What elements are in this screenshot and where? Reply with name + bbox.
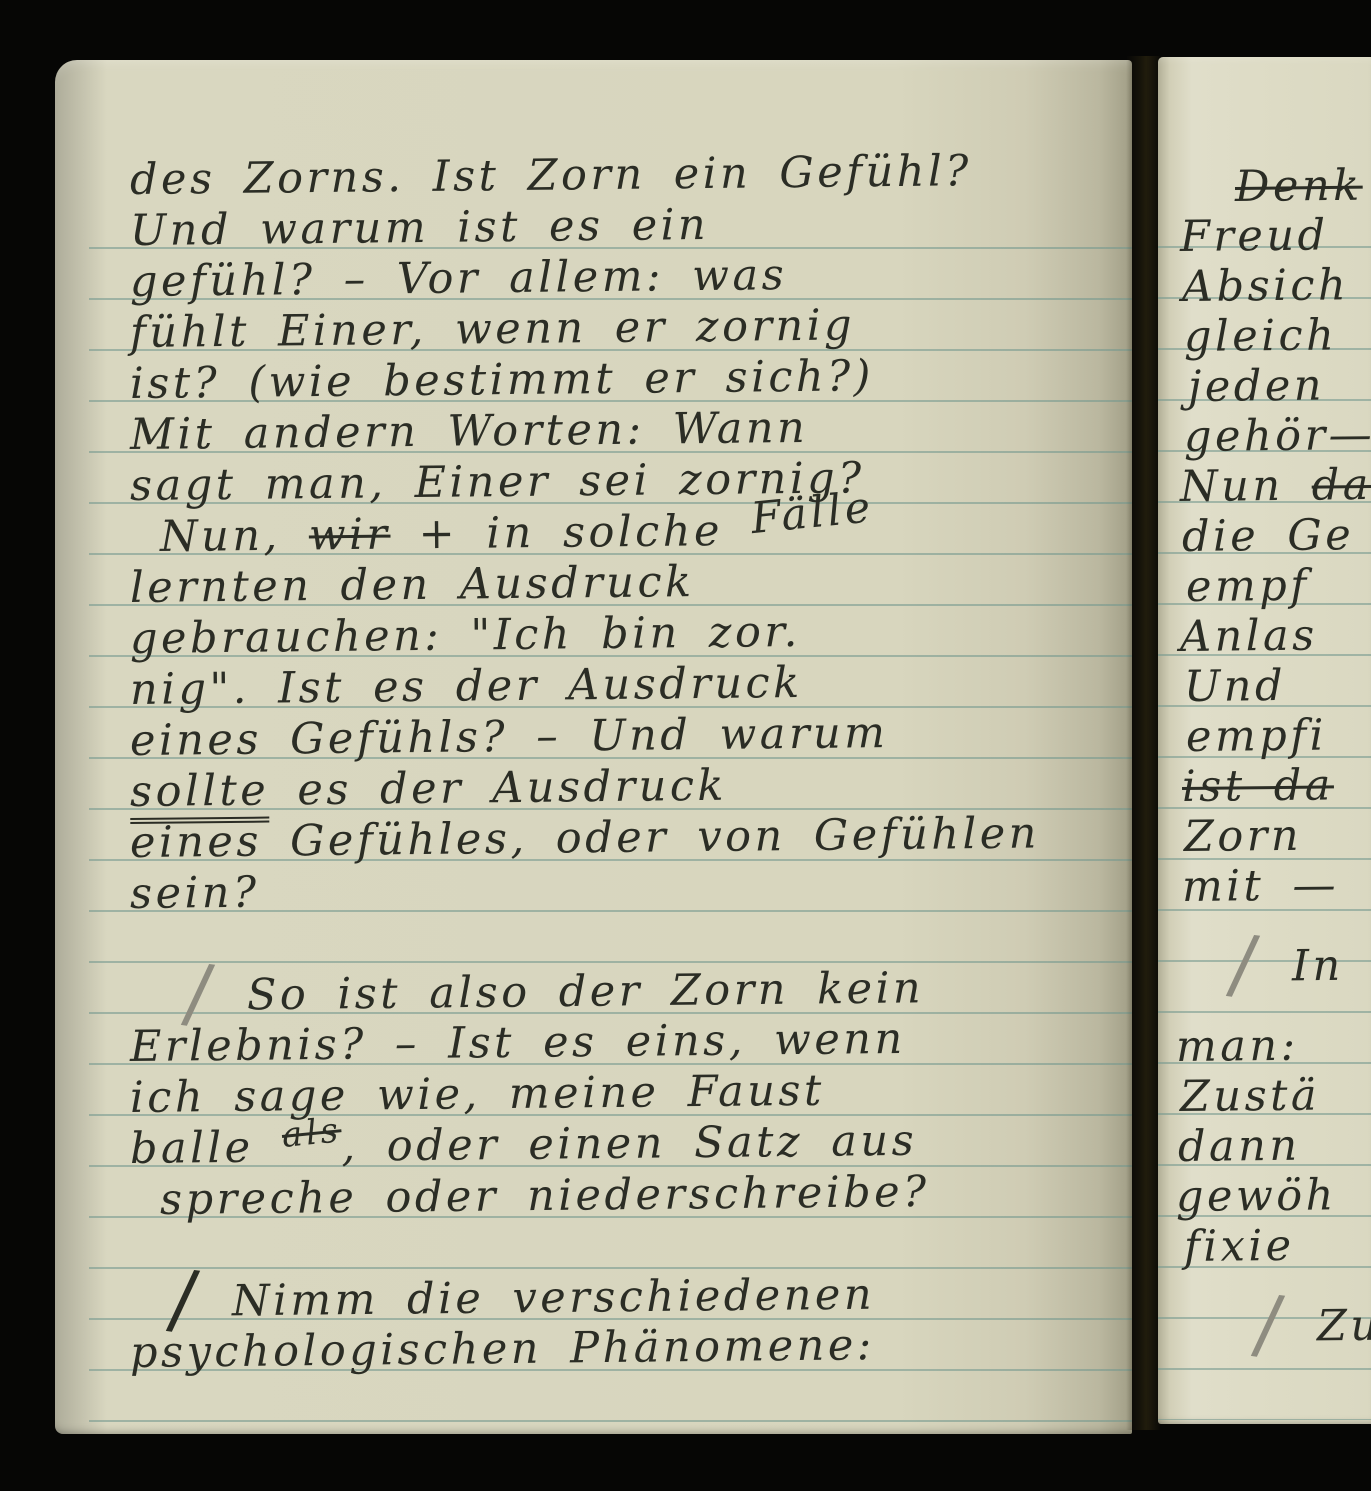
- handwritten-line: ich sage wie, meine Faust: [130, 1066, 825, 1123]
- handwritten-line: gehör—: [1184, 410, 1371, 462]
- handwriting-text: ist? (wie bestimmt er sich?): [130, 351, 874, 409]
- handwritten-line: lernten den Ausdruck: [130, 557, 695, 613]
- handwritten-line: / Zu d: [1255, 1300, 1371, 1352]
- handwriting-text: In: [1264, 941, 1344, 992]
- struck-out-word: Denk: [1235, 161, 1363, 212]
- handwriting-text: gewöh: [1176, 1170, 1337, 1222]
- handwritten-line: Nun, wir + in solche Fälle: [160, 505, 875, 562]
- handwritten-line: gefühl? – Vor allem: was: [130, 250, 788, 307]
- handwriting-text: eines Gefühls? – Und warum: [130, 708, 889, 766]
- handwritten-line: / In: [1230, 941, 1344, 992]
- struck-out-word: ist da: [1182, 760, 1334, 812]
- handwriting-text: spreche oder niederschreibe?: [160, 1167, 930, 1225]
- handwritten-line: Und warum ist es ein: [130, 200, 710, 256]
- handwritten-line: Zorn: [1184, 811, 1303, 862]
- handwriting-text: , oder einen Satz aus: [341, 1116, 917, 1172]
- handwriting-text: balle: [130, 1122, 282, 1174]
- handwritten-line: / So ist also der Zorn kein: [185, 963, 925, 1021]
- handwriting-text: Freud: [1180, 210, 1329, 262]
- handwriting-text: Zorn: [1184, 811, 1303, 862]
- handwriting-text: Und warum ist es ein: [130, 200, 710, 256]
- handwritten-line: Nun da: [1180, 460, 1371, 512]
- section-slash-mark: /: [170, 1298, 200, 1302]
- handwriting-text: es der Ausdruck: [269, 761, 727, 816]
- struck-out-word: da: [1311, 460, 1371, 511]
- handwriting-text: gefühl? – Vor allem: was: [130, 250, 788, 307]
- handwriting-text: des Zorns. Ist Zorn ein Gefühl?: [130, 146, 972, 205]
- handwriting-text: Anlas: [1180, 611, 1318, 662]
- handwritten-line: Erlebnis? – Ist es eins, wenn: [130, 1014, 906, 1072]
- scan-background: des Zorns. Ist Zorn ein Gefühl?Und warum…: [0, 0, 1371, 1491]
- handwritten-line: ist da: [1182, 760, 1334, 812]
- right-notebook-page: DenkFreudAbsichgleichjedengehör—Nun dadi…: [1158, 57, 1371, 1424]
- handwriting-text: nig". Ist es der Ausdruck: [130, 658, 803, 715]
- handwritten-line: nig". Ist es der Ausdruck: [130, 658, 803, 715]
- handwritten-line: Freud: [1180, 210, 1329, 262]
- handwritten-line: dann: [1178, 1121, 1301, 1172]
- handwriting-text: dann: [1178, 1121, 1301, 1172]
- handwriting-text: Nimm die verschiedenen: [204, 1270, 876, 1327]
- handwriting-text: + in solche: [390, 506, 751, 560]
- handwritten-line: spreche oder niederschreibe?: [160, 1167, 930, 1225]
- handwritten-line: jeden: [1188, 361, 1325, 412]
- handwritten-line: / Nimm die verschiedenen: [170, 1270, 876, 1327]
- inserted-word: Fälle: [749, 482, 876, 544]
- handwriting-text: fixie: [1184, 1221, 1295, 1272]
- handwriting-text: So ist also der Zorn kein: [219, 963, 925, 1020]
- underlined-word: sollte: [130, 766, 270, 824]
- handwritten-line: Und: [1184, 661, 1286, 712]
- handwriting-text: Erlebnis? – Ist es eins, wenn: [130, 1014, 906, 1072]
- section-slash-mark: /: [1255, 1323, 1285, 1327]
- handwritten-line: gebrauchen: "Ich bin zor.: [130, 607, 801, 664]
- handwriting-text: Und: [1184, 661, 1286, 712]
- handwritten-line: ist? (wie bestimmt er sich?): [130, 351, 874, 409]
- binding-gutter: [1126, 56, 1160, 1430]
- handwritten-line: eines Gefühles, oder von Gefühlen: [130, 808, 1040, 868]
- handwriting-text: jeden: [1188, 361, 1325, 412]
- handwriting-text: Mit andern Worten: Wann: [130, 403, 809, 460]
- handwritten-line: sein?: [130, 868, 260, 919]
- section-slash-mark: /: [1230, 963, 1260, 967]
- handwritten-line: Anlas: [1180, 611, 1318, 662]
- right-page-handwriting: DenkFreudAbsichgleichjedengehör—Nun dadi…: [1158, 57, 1371, 1424]
- section-slash-mark: /: [185, 992, 215, 996]
- struck-out-word: wir: [309, 510, 391, 561]
- handwritten-line: die Ge: [1182, 510, 1355, 562]
- handwritten-line: mit —: [1182, 860, 1339, 912]
- handwritten-line: psychologischen Phänomene:: [130, 1320, 875, 1378]
- handwriting-text: gebrauchen: "Ich bin zor.: [130, 607, 801, 664]
- left-page-handwriting: des Zorns. Ist Zorn ein Gefühl?Und warum…: [55, 60, 1132, 1434]
- handwritten-line: Mit andern Worten: Wann: [130, 403, 809, 460]
- left-notebook-page: des Zorns. Ist Zorn ein Gefühl?Und warum…: [55, 60, 1132, 1434]
- struck-out-word: als: [280, 1110, 343, 1156]
- handwriting-text: man:: [1176, 1021, 1299, 1072]
- handwriting-text: Nun: [1180, 461, 1312, 512]
- handwriting-text: Nun,: [160, 510, 309, 562]
- handwriting-text: sein?: [130, 868, 260, 919]
- handwriting-text: gleich: [1184, 310, 1338, 362]
- handwritten-line: gewöh: [1176, 1170, 1337, 1222]
- handwritten-line: sollte es der Ausdruck: [130, 761, 727, 817]
- handwritten-line: gleich: [1184, 310, 1338, 362]
- handwriting-text: ich sage wie, meine Faust: [130, 1066, 825, 1123]
- handwritten-line: Zustä: [1180, 1071, 1321, 1122]
- handwriting-text: eines Gefühles, oder von Gefühlen: [130, 808, 1040, 868]
- handwriting-text: empf: [1186, 561, 1310, 612]
- handwriting-text: gehör—: [1184, 410, 1371, 462]
- handwritten-line: des Zorns. Ist Zorn ein Gefühl?: [130, 146, 972, 205]
- handwriting-text: psychologischen Phänomene:: [130, 1320, 875, 1378]
- handwritten-line: eines Gefühls? – Und warum: [130, 708, 889, 766]
- handwriting-text: Absich: [1182, 260, 1350, 312]
- handwritten-line: man:: [1176, 1021, 1299, 1072]
- handwriting-text: fühlt Einer, wenn er zornig: [130, 300, 855, 358]
- handwriting-text: Zustä: [1180, 1071, 1321, 1122]
- handwriting-text: empfi: [1186, 711, 1327, 762]
- handwriting-text: lernten den Ausdruck: [130, 557, 695, 613]
- handwritten-line: Absich: [1182, 260, 1350, 312]
- handwriting-text: Zu d: [1289, 1300, 1371, 1352]
- handwriting-text: die Ge: [1182, 510, 1355, 562]
- handwritten-line: empfi: [1186, 711, 1327, 762]
- handwritten-line: fixie: [1184, 1221, 1295, 1272]
- handwritten-line: Denk: [1235, 161, 1363, 212]
- handwritten-line: balle als, oder einen Satz aus: [130, 1116, 918, 1174]
- handwritten-line: empf: [1186, 561, 1310, 612]
- handwriting-text: mit —: [1182, 860, 1339, 912]
- handwritten-line: fühlt Einer, wenn er zornig: [130, 300, 855, 358]
